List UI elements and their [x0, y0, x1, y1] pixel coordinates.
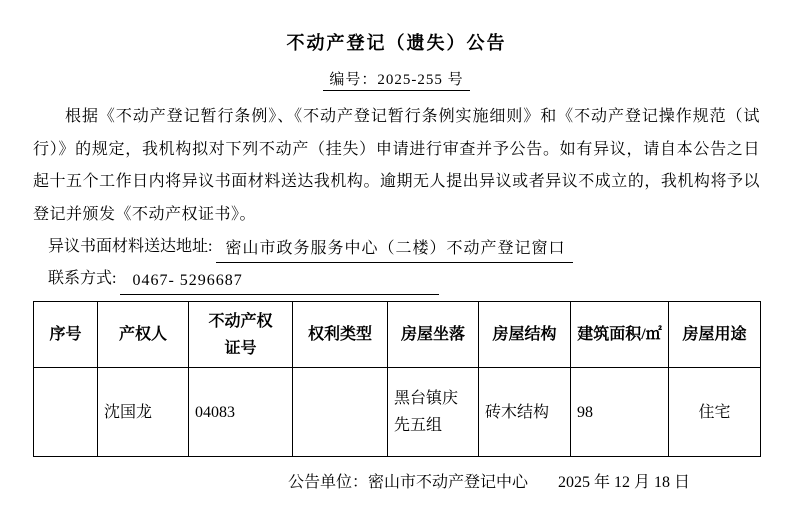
- cell-certificate-number: 04083: [189, 368, 293, 457]
- contact-line: 联系方式: 0467- 5296687: [33, 263, 760, 295]
- body-line-2: 行）》的规定，我机构拟对下列不动产（挂失）申请进行审查并予公告。如有异议，请自本…: [33, 134, 760, 167]
- cell-house-usage: 住宅: [669, 368, 761, 457]
- table-header-row: 序号 产权人 不动产权证号 权利类型 房屋坐落 房屋结构 建筑面积/㎡ 房屋用途: [34, 302, 761, 368]
- announcement-date: 2025 年 12 月 18 日: [558, 474, 690, 491]
- cell-house-structure: 砖木结构: [479, 368, 571, 457]
- cell-building-area: 98: [571, 368, 669, 457]
- footer-line: 公告单位：密山市不动产登记中心 2025 年 12 月 18 日: [33, 472, 760, 494]
- cell-property-owner: 沈国龙: [98, 368, 189, 457]
- body-line-3: 起十五个工作日内将异议书面材料送达我机构。逾期无人提出异议或者异议不成立的，我机…: [33, 166, 760, 199]
- cell-house-location: 黑台镇庆先五组: [388, 368, 479, 457]
- doc-number-text: 编号：2025-255 号: [323, 72, 469, 91]
- table-row: 沈国龙 04083 黑台镇庆先五组 砖木结构 98 住宅: [34, 368, 761, 457]
- header-house-usage: 房屋用途: [669, 302, 761, 368]
- property-table: 序号 产权人 不动产权证号 权利类型 房屋坐落 房屋结构 建筑面积/㎡ 房屋用途…: [33, 301, 761, 457]
- address-label: 异议书面材料送达地址:: [48, 238, 212, 255]
- header-building-area: 建筑面积/㎡: [571, 302, 669, 368]
- body-line-1: 根据《不动产登记暂行条例》、《不动产登记暂行条例实施细则》和《不动产登记操作规范…: [33, 101, 760, 134]
- address-value: 密山市政务服务中心（二楼）不动产登记窗口: [216, 236, 573, 263]
- header-property-owner: 产权人: [98, 302, 189, 368]
- address-line: 异议书面材料送达地址: 密山市政务服务中心（二楼）不动产登记窗口: [33, 231, 760, 263]
- contact-value: 0467- 5296687: [120, 268, 439, 295]
- page-title: 不动产登记（遗失）公告: [33, 30, 760, 56]
- header-right-type: 权利类型: [293, 302, 388, 368]
- cell-serial-number: [34, 368, 98, 457]
- body-paragraph: 根据《不动产登记暂行条例》、《不动产登记暂行条例实施细则》和《不动产登记操作规范…: [33, 101, 760, 231]
- announcement-unit: 公告单位：密山市不动产登记中心: [288, 474, 528, 491]
- header-house-structure: 房屋结构: [479, 302, 571, 368]
- header-house-location: 房屋坐落: [388, 302, 479, 368]
- header-certificate-number: 不动产权证号: [189, 302, 293, 368]
- header-serial-number: 序号: [34, 302, 98, 368]
- contact-label: 联系方式:: [48, 270, 116, 287]
- announcement-document: 不动产登记（遗失）公告 编号：2025-255 号 根据《不动产登记暂行条例》、…: [0, 0, 800, 532]
- cell-right-type: [293, 368, 388, 457]
- doc-number-line: 编号：2025-255 号: [33, 69, 760, 91]
- body-line-4: 登记并颁发《不动产权证书》。: [33, 199, 760, 232]
